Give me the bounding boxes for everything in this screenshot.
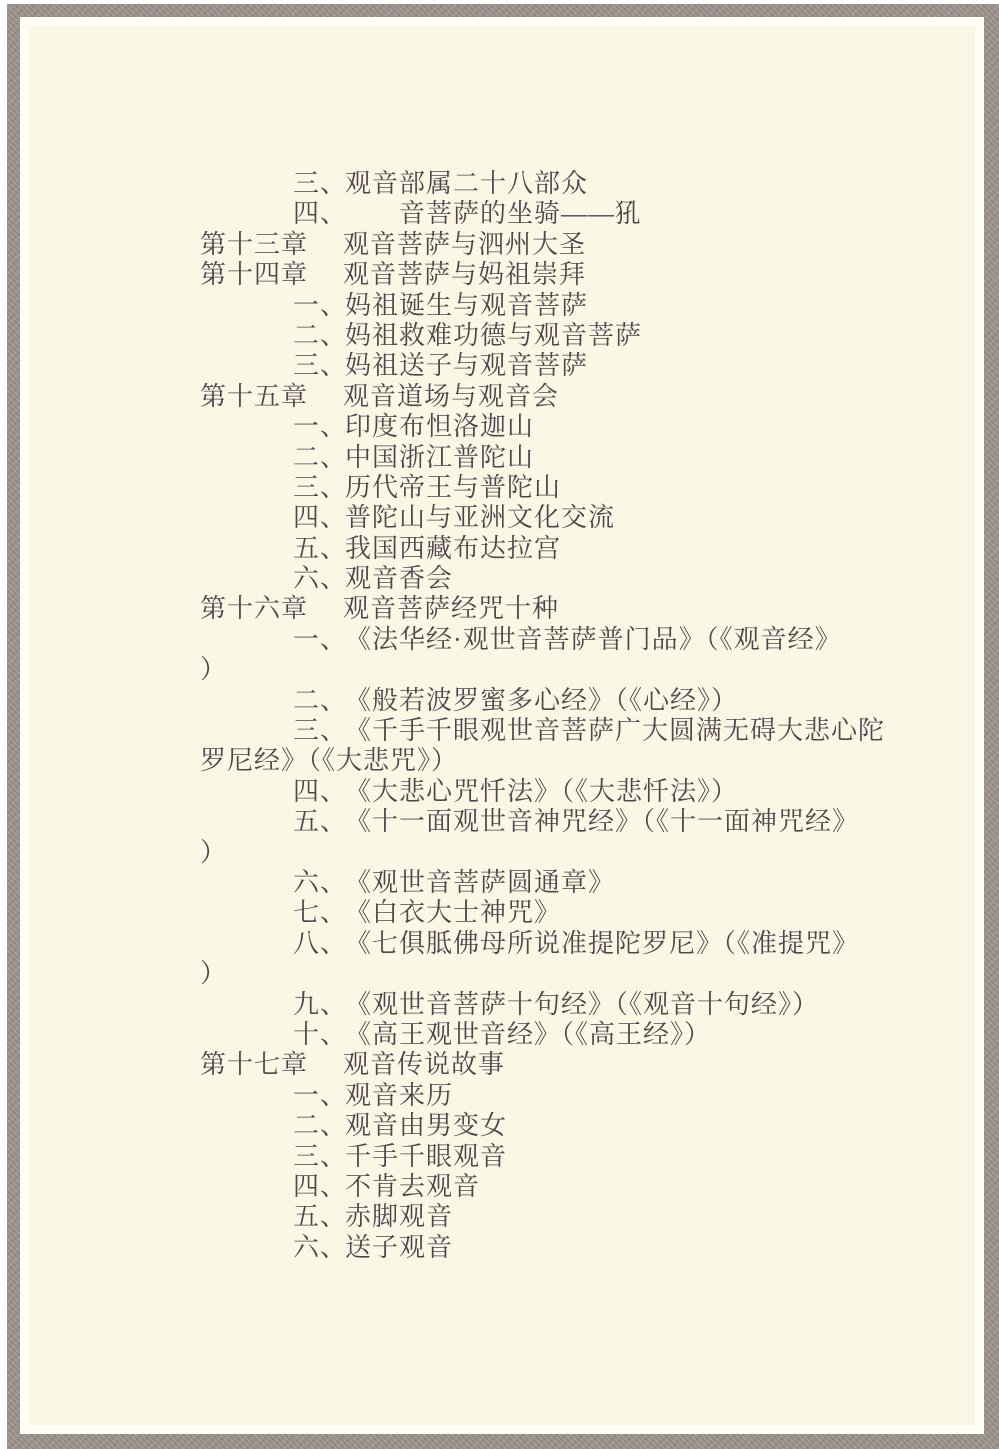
chapter-title: 观音菩萨经咒十种 — [343, 594, 559, 623]
item-title: 历代帝王与普陀山 — [345, 473, 561, 502]
toc-line-item: 一、妈祖诞生与观音菩萨 — [200, 291, 900, 321]
item-number: 三、 — [293, 473, 345, 503]
item-number: 一、 — [293, 412, 345, 442]
toc-line-item: 八、《七俱胝佛母所说准提陀罗尼》（《准提咒》 — [200, 929, 900, 959]
item-title: 《十一面观世音神咒经》（《十一面神咒经》 — [345, 807, 859, 836]
toc-line-item: 三、历代帝王与普陀山 — [200, 473, 900, 503]
toc-line-item: 五、《十一面观世音神咒经》（《十一面神咒经》 — [200, 807, 900, 837]
item-number: 一、 — [293, 625, 345, 655]
item-number: 六、 — [293, 564, 345, 594]
toc-line-item: 二、中国浙江普陀山 — [200, 443, 900, 473]
toc-line-continuation: ） — [200, 959, 900, 989]
chapter-number: 第十三章 — [200, 230, 343, 260]
page-mat: 三、观音部属二十八部众四、 音菩萨的坐骑——犼第十三章观音菩萨与泗州大圣第十四章… — [20, 17, 984, 1434]
item-number: 二、 — [293, 443, 345, 473]
table-of-contents: 三、观音部属二十八部众四、 音菩萨的坐骑——犼第十三章观音菩萨与泗州大圣第十四章… — [200, 169, 900, 1263]
toc-line-chapter: 第十三章观音菩萨与泗州大圣 — [200, 230, 900, 260]
item-title: 观音由男变女 — [345, 1111, 507, 1140]
item-title: 《大悲心咒忏法》（《大悲忏法》） — [345, 777, 738, 806]
item-title: 观音来历 — [345, 1081, 453, 1110]
toc-line-item: 五、赤脚观音 — [200, 1202, 900, 1232]
item-title: 妈祖救难功德与观音菩萨 — [345, 321, 642, 350]
item-title: 送子观音 — [345, 1233, 453, 1262]
item-number: 九、 — [293, 990, 345, 1020]
item-title: 千手千眼观音 — [345, 1142, 507, 1171]
item-number: 四、 — [293, 503, 345, 533]
book-page: 三、观音部属二十八部众四、 音菩萨的坐骑——犼第十三章观音菩萨与泗州大圣第十四章… — [29, 26, 975, 1425]
item-number: 一、 — [293, 291, 345, 321]
item-number: 五、 — [293, 534, 345, 564]
item-number: 三、 — [293, 1142, 345, 1172]
chapter-title: 观音菩萨与妈祖崇拜 — [343, 260, 586, 289]
item-number: 五、 — [293, 807, 345, 837]
chapter-number: 第十四章 — [200, 260, 343, 290]
toc-line-continuation: 罗尼经》（《大悲咒》） — [200, 746, 900, 776]
item-number: 四、 — [293, 777, 345, 807]
item-title: 音菩萨的坐骑——犼 — [345, 199, 642, 228]
chapter-number: 第十六章 — [200, 594, 343, 624]
toc-line-chapter: 第十五章观音道场与观音会 — [200, 382, 900, 412]
item-title: 不肯去观音 — [345, 1172, 480, 1201]
toc-line-item: 六、送子观音 — [200, 1233, 900, 1263]
toc-line-item: 二、妈祖救难功德与观音菩萨 — [200, 321, 900, 351]
toc-line-item: 七、《白衣大士神咒》 — [200, 898, 900, 928]
item-title: 观音部属二十八部众 — [345, 169, 588, 198]
toc-line-item: 四、 音菩萨的坐骑——犼 — [200, 199, 900, 229]
item-title: 妈祖诞生与观音菩萨 — [345, 291, 588, 320]
item-number: 七、 — [293, 898, 345, 928]
item-number: 三、 — [293, 351, 345, 381]
chapter-title: 观音传说故事 — [343, 1050, 505, 1079]
toc-line-item: 六、《观世音菩萨圆通章》 — [200, 868, 900, 898]
item-title: 《高王观世音经》（《高王经》） — [345, 1020, 711, 1049]
item-title: 妈祖送子与观音菩萨 — [345, 351, 588, 380]
item-number: 二、 — [293, 321, 345, 351]
item-title: 《法华经·观世音菩萨普门品》（《观音经》 — [345, 625, 842, 654]
toc-line-item: 一、印度布怛洛迦山 — [200, 412, 900, 442]
toc-line-item: 五、我国西藏布达拉宫 — [200, 534, 900, 564]
item-title: 《白衣大士神咒》 — [345, 898, 561, 927]
item-number: 三、 — [293, 716, 345, 746]
item-title: 中国浙江普陀山 — [345, 443, 534, 472]
page-frame: 三、观音部属二十八部众四、 音菩萨的坐骑——犼第十三章观音菩萨与泗州大圣第十四章… — [7, 4, 999, 1449]
chapter-number: 第十七章 — [200, 1050, 343, 1080]
continuation-text: ） — [200, 838, 227, 867]
item-number: 五、 — [293, 1202, 345, 1232]
toc-line-chapter: 第十六章观音菩萨经咒十种 — [200, 594, 900, 624]
toc-line-item: 三、《千手千眼观世音菩萨广大圆满无碍大悲心陀 — [200, 716, 900, 746]
continuation-text: 罗尼经》（《大悲咒》） — [200, 746, 458, 775]
item-number: 二、 — [293, 686, 345, 716]
toc-line-item: 九、《观世音菩萨十句经》（《观音十句经》） — [200, 990, 900, 1020]
item-title: 我国西藏布达拉宫 — [345, 534, 561, 563]
toc-line-continuation: ） — [200, 655, 900, 685]
toc-line-continuation: ） — [200, 838, 900, 868]
toc-line-item: 三、千手千眼观音 — [200, 1142, 900, 1172]
toc-line-chapter: 第十四章观音菩萨与妈祖崇拜 — [200, 260, 900, 290]
toc-line-item: 一、观音来历 — [200, 1081, 900, 1111]
toc-line-item: 四、不肯去观音 — [200, 1172, 900, 1202]
item-title: 观音香会 — [345, 564, 453, 593]
toc-line-item: 一、《法华经·观世音菩萨普门品》（《观音经》 — [200, 625, 900, 655]
continuation-text: ） — [200, 959, 227, 988]
item-number: 三、 — [293, 169, 345, 199]
chapter-number: 第十五章 — [200, 382, 343, 412]
item-number: 一、 — [293, 1081, 345, 1111]
item-title: 赤脚观音 — [345, 1202, 453, 1231]
item-number: 六、 — [293, 1233, 345, 1263]
toc-line-chapter: 第十七章观音传说故事 — [200, 1050, 900, 1080]
toc-line-item: 二、观音由男变女 — [200, 1111, 900, 1141]
toc-line-item: 十、《高王观世音经》（《高王经》） — [200, 1020, 900, 1050]
toc-line-item: 三、妈祖送子与观音菩萨 — [200, 351, 900, 381]
toc-line-item: 四、《大悲心咒忏法》（《大悲忏法》） — [200, 777, 900, 807]
item-number: 十、 — [293, 1020, 345, 1050]
item-title: 普陀山与亚洲文化交流 — [345, 503, 615, 532]
item-title: 《般若波罗蜜多心经》（《心经》） — [345, 686, 738, 715]
toc-line-item: 六、观音香会 — [200, 564, 900, 594]
item-title: 《七俱胝佛母所说准提陀罗尼》（《准提咒》 — [345, 929, 859, 958]
item-title: 《千手千眼观世音菩萨广大圆满无碍大悲心陀 — [345, 716, 885, 745]
item-number: 四、 — [293, 199, 345, 229]
item-title: 印度布怛洛迦山 — [345, 412, 534, 441]
item-number: 四、 — [293, 1172, 345, 1202]
continuation-text: ） — [200, 655, 227, 684]
toc-line-item: 四、普陀山与亚洲文化交流 — [200, 503, 900, 533]
item-number: 六、 — [293, 868, 345, 898]
toc-line-item: 三、观音部属二十八部众 — [200, 169, 900, 199]
item-title: 《观世音菩萨十句经》（《观音十句经》） — [345, 990, 819, 1019]
chapter-title: 观音道场与观音会 — [343, 382, 559, 411]
item-number: 二、 — [293, 1111, 345, 1141]
chapter-title: 观音菩萨与泗州大圣 — [343, 230, 586, 259]
toc-line-item: 二、《般若波罗蜜多心经》（《心经》） — [200, 686, 900, 716]
item-number: 八、 — [293, 929, 345, 959]
item-title: 《观世音菩萨圆通章》 — [345, 868, 615, 897]
